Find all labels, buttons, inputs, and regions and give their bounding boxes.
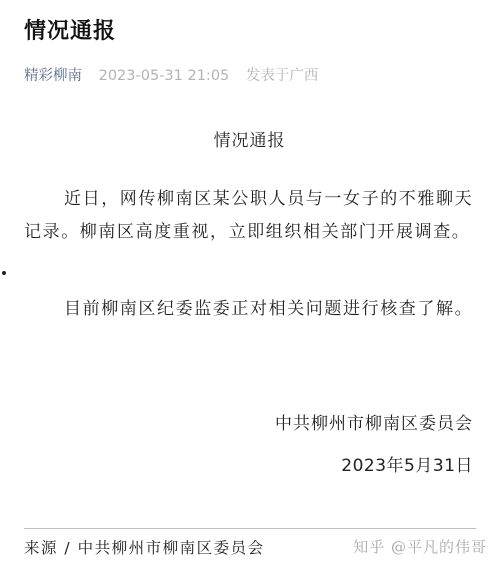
footer-source: 来源 / 中共柳州市柳南区委员会 bbox=[24, 536, 265, 558]
article-meta: 精彩柳南 2023-05-31 21:05 发表于广西 bbox=[24, 64, 318, 85]
account-name-link[interactable]: 精彩柳南 bbox=[24, 68, 82, 84]
publish-datetime: 2023-05-31 21:05 bbox=[99, 68, 230, 84]
footer-divider bbox=[24, 528, 476, 529]
notice-paragraph-2: 目前柳南区纪委监委正对相关问题进行核查了解。 bbox=[24, 293, 476, 326]
notice-signer: 中共柳州市柳南区委员会 bbox=[275, 409, 473, 434]
publish-location: 发表于广西 bbox=[246, 68, 319, 84]
article-title: 情况通报 bbox=[24, 14, 116, 45]
stray-dot bbox=[2, 271, 6, 275]
notice-heading: 情况通报 bbox=[0, 126, 499, 151]
notice-date: 2023年5月31日 bbox=[341, 451, 473, 476]
watermark: 知乎 @平凡的伟哥 bbox=[353, 536, 487, 557]
notice-paragraph-1: 近日，网传柳南区某公职人员与一女子的不雅聊天记录。柳南区高度重视，立即组织相关部… bbox=[24, 183, 476, 249]
